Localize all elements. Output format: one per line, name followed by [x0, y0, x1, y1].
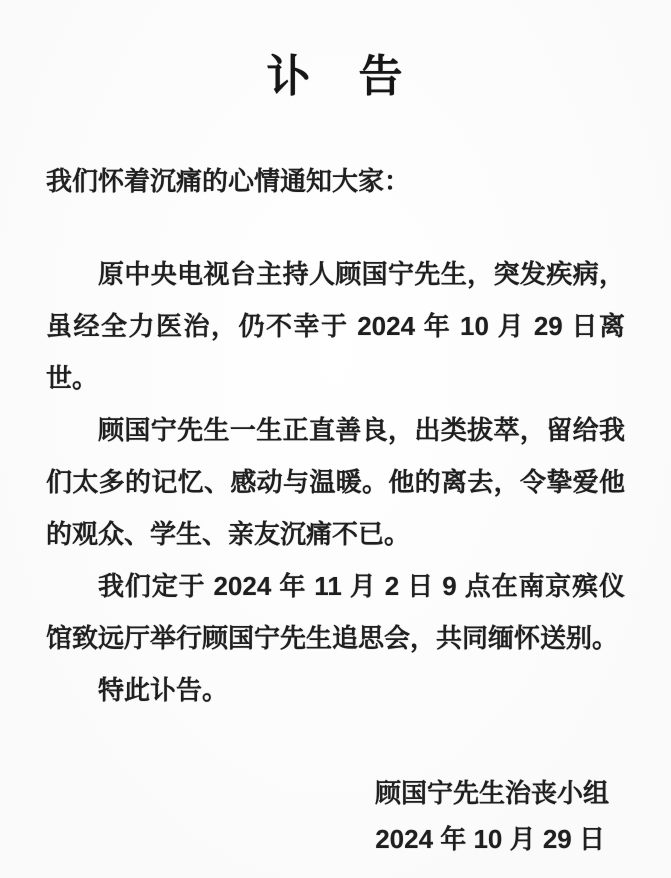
signature-block: 顾国宁先生治丧小组 2024 年 10 月 29 日 [0, 770, 671, 862]
paragraph-closing: 特此讣告。 [46, 664, 625, 716]
document-body: 原中央电视台主持人顾国宁先生，突发疾病，虽经全力医治，仍不幸于 2024 年 1… [0, 248, 671, 716]
paragraph-death-notice: 原中央电视台主持人顾国宁先生，突发疾病，虽经全力医治，仍不幸于 2024 年 1… [46, 248, 625, 404]
salutation-line: 我们怀着沉痛的心情通知大家： [0, 164, 671, 198]
signature-date: 2024 年 10 月 29 日 [0, 816, 609, 862]
document-title: 讣 告 [0, 40, 671, 104]
obituary-document: 讣 告 我们怀着沉痛的心情通知大家： 原中央电视台主持人顾国宁先生，突发疾病，虽… [0, 0, 671, 878]
signature-group-name: 顾国宁先生治丧小组 [0, 770, 609, 816]
paragraph-tribute: 顾国宁先生一生正直善良，出类拔萃，留给我们太多的记忆、感动与温暖。他的离去，令挚… [46, 404, 625, 560]
paragraph-memorial-arrangement: 我们定于 2024 年 11 月 2 日 9 点在南京殡仪馆致远厅举行顾国宁先生… [46, 560, 625, 664]
